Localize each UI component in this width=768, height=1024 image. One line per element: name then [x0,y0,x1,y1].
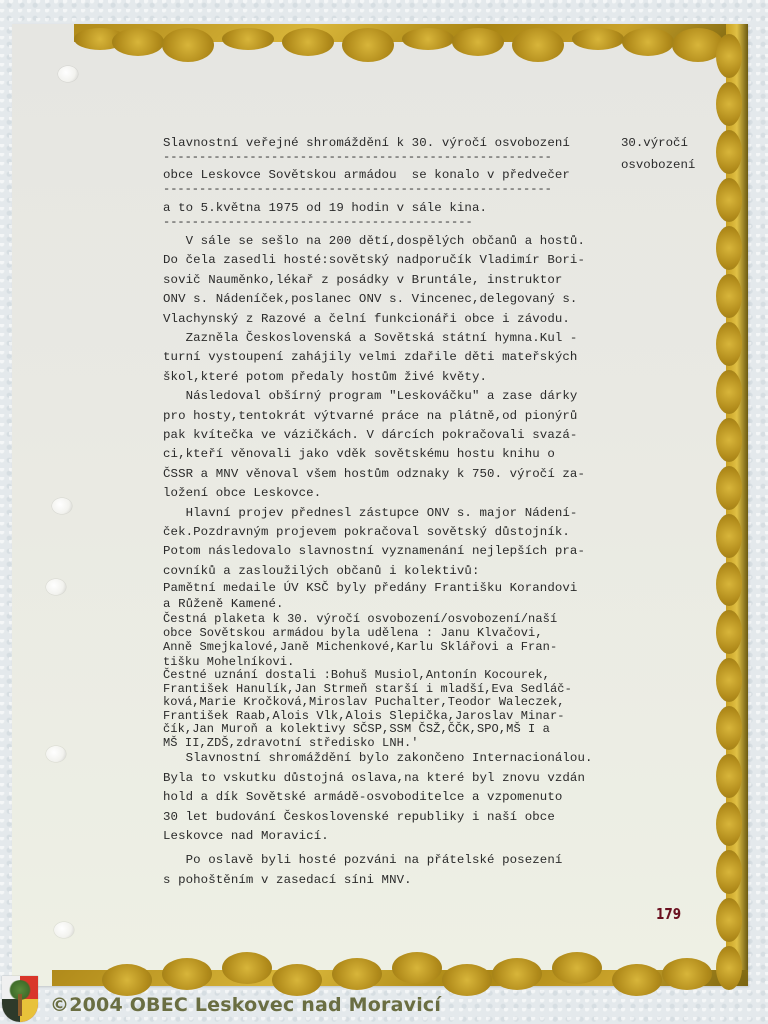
page-number: 179 [656,905,681,923]
gold-scallop [716,34,742,78]
punch-hole [46,579,66,595]
text-line: Pamětní medaile ÚV KSČ byly předány Fran… [163,581,577,595]
punch-hole [52,498,72,514]
text-line: čík,Jan Muroň a kolektivy SČSP,SSM ČSŽ,Č… [163,724,550,735]
gold-scallop [282,28,334,56]
text-line: s pohoštěním v zasedací síni MNV. [163,873,412,887]
gold-scallop [716,802,742,846]
gold-scallop [716,754,742,798]
text-line: František Raab,Alois Vlk,Alois Slepička,… [163,711,565,722]
punch-hole [58,66,78,82]
punch-hole [46,746,66,762]
text-line: Čestná plaketa k 30. výročí osvobození/o… [163,614,557,625]
text-line: hold a dík Sovětské armádě-osvoboditelce… [163,790,562,804]
gold-scallop [716,562,742,606]
heading-line-1: Slavnostní veřejné shromáždění k 30. výr… [163,136,570,150]
text-line: Hlavní projev přednesl zástupce ONV s. m… [163,506,577,520]
gold-scallop [716,850,742,894]
text-line: František Hanulík,Jan Strmeň starší i ml… [163,684,572,695]
text-line: ček.Pozdravným projevem pokračoval sovět… [163,525,570,539]
text-line: ČSSR a MNV věnoval všem hostům odznaky k… [163,467,585,481]
gold-scallop [716,274,742,318]
text-line: Leskovce nad Moravicí. [163,829,329,843]
text-line: a Růženě Kamené. [163,597,284,611]
gold-scallop [342,28,394,62]
text-line: ková,Marie Kročková,Miroslav Puchalter,T… [163,697,565,708]
text-line: Anně Smejkalové,Janě Michenkové,Karlu Sk… [163,642,557,653]
gold-scallop [716,130,742,174]
underline-dashes: ----------------------------------------… [163,182,552,196]
text-line: covníků a zasloužilých občanů i kolektiv… [163,564,480,578]
text-line: Byla to vskutku důstojná oslava,na které… [163,771,585,785]
text-line: Do čela zasedli hosté:sovětský nadporučí… [163,253,585,267]
text-line: sovič Nauměnko,lékař z posádky v Bruntál… [163,273,562,287]
gold-scallop [452,28,504,56]
gold-scallop [716,466,742,510]
text-line: Čestné uznání dostali :Bohuš Musiol,Anto… [163,670,550,681]
gold-scallop [572,28,624,50]
gold-scallop [716,418,742,462]
gold-scallop [402,28,454,50]
text-line: turní vystoupení zahájily velmi zdařile … [163,350,577,364]
gold-scallop [512,28,564,62]
gold-scallop [716,322,742,366]
gold-scallop [622,28,674,56]
gold-scallop [716,82,742,126]
gold-scallop [112,28,164,56]
text-line: pro hosty,tentokrát výtvarné práce na pl… [163,409,577,423]
text-line: MŠ II,ZDŠ,zdravotní středisko LNH.' [163,738,419,749]
text-line: Slavnostní shromáždění bylo zakončeno In… [163,751,593,765]
text-line: tišku Mohelníkovi. [163,657,294,668]
text-line: škol,které potom předaly hostům živé kvě… [163,370,487,384]
coat-of-arms-icon [2,976,38,1022]
text-line: obce Sovětskou armádou byla udělena : Ja… [163,628,543,639]
gold-scallop [162,28,214,62]
gold-scallop [716,226,742,270]
text-line: ložení obce Leskovce. [163,486,321,500]
text-line: 30 let budování Československé republiky… [163,810,555,824]
heading-line-3: a to 5.května 1975 od 19 hodin v sále ki… [163,201,487,215]
text-line: V sále se sešlo na 200 dětí,dospělých ob… [163,234,585,248]
text-line: Vlachynský z Razové a čelní funkcionáři … [163,312,570,326]
gold-scallop [716,706,742,750]
punch-hole [54,922,74,938]
text-line: Potom následovalo slavnostní vyznamenání… [163,544,585,558]
text-line: Po oslavě byli hosté pozváni na přátelsk… [163,853,562,867]
copyright-text: ©2004 OBEC Leskovec nad Moravicí [50,994,441,1016]
text-line: ONV s. Nádeníček,poslanec ONV s. Vincene… [163,292,577,306]
gold-scallop [716,898,742,942]
gold-scallop [222,28,274,50]
heading-line-2: obce Leskovce Sovětskou armádou se konal… [163,168,570,182]
text-line: ci,kteří věnovali jako vděk sovětskému h… [163,447,555,461]
underline-dashes: ----------------------------------------… [163,150,552,164]
gold-scallop [716,658,742,702]
underline-dashes: ----------------------------------------… [163,215,473,229]
margin-note: 30.výročí osvobození [621,132,695,176]
margin-note-line-1: 30.výročí [621,136,688,150]
gold-scallop [716,370,742,414]
gold-scallop [716,178,742,222]
text-line: Zazněla Československá a Sovětská státní… [163,331,577,345]
gold-scallop [716,610,742,654]
footer: ©2004 OBEC Leskovec nad Moravicí [0,976,768,1024]
margin-note-line-2: osvobození [621,158,695,172]
gold-scallop [716,514,742,558]
text-line: Následoval obšírný program "Leskováčku" … [163,389,577,403]
text-line: pak kvítečka ve vázičkách. V dárcích pok… [163,428,577,442]
